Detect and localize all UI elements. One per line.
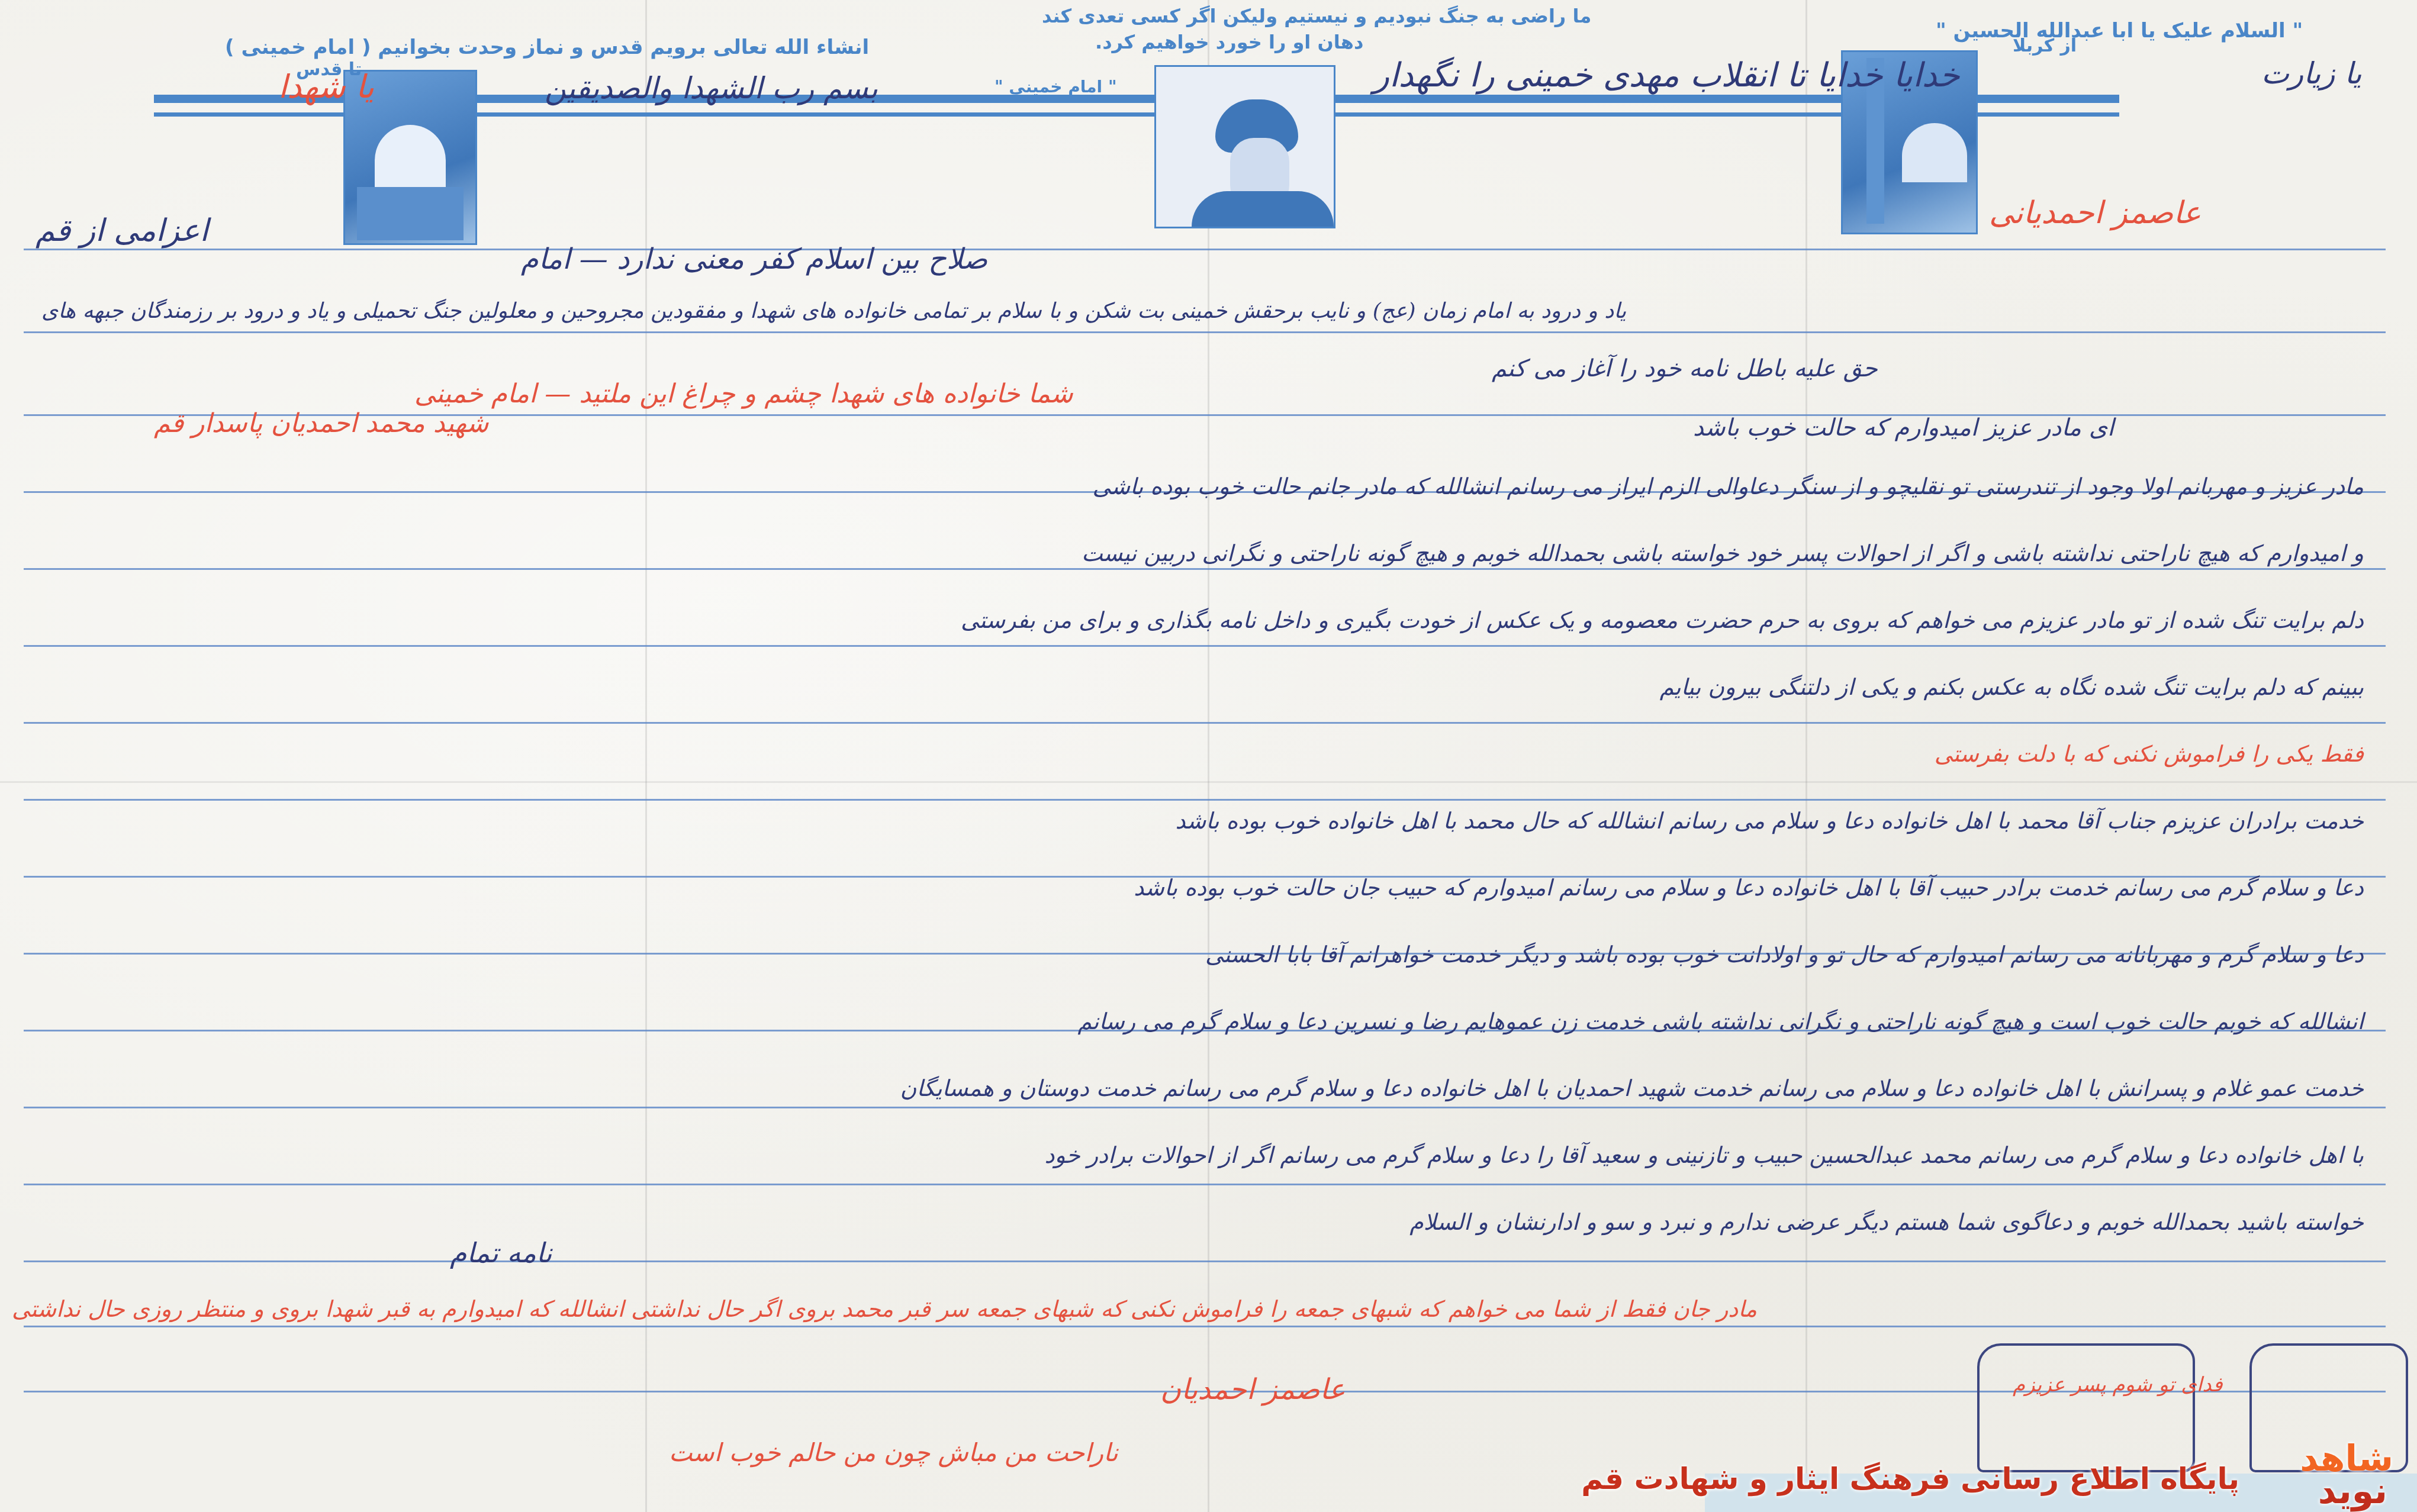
letterhead-quote-center-1: ما راضی به جنگ نبودیم و نیستیم ولیکن اگر… — [1042, 5, 1591, 27]
body-line: با اهل خانواده دعا و سلام گرم می رسانم م… — [1045, 1142, 2364, 1168]
letterhead-quote-left: انشاء الله تعالی برویم قدس و نماز وحدت ب… — [225, 36, 869, 59]
closing: نامه تمام — [450, 1237, 552, 1269]
body-line: فقط یکی را فراموش نکنی که با دلت بفرستی — [1935, 741, 2364, 767]
caption-imam: " امام خمینی " — [995, 77, 1117, 96]
dome-icon — [375, 125, 446, 190]
ruled-line — [24, 1107, 2386, 1108]
building-base — [357, 187, 464, 240]
body-line: خدمت عمو غلام و پسرانش با اهل خانواده دع… — [900, 1075, 2364, 1101]
body-line: دعا و سلام گرم و مهربانانه می رسانم امید… — [1205, 942, 2364, 968]
signature-box-text: فدای تو شوم پسر عزیزم — [2013, 1373, 2222, 1397]
caption-karbala: از کربلا — [2013, 36, 2077, 56]
logo-navid: نوید — [2318, 1471, 2387, 1512]
body-line: خواسته باشید بحمدالله خوبم و دعاگوی شما … — [1409, 1209, 2364, 1235]
ruled-line — [24, 249, 2386, 250]
header-ya-ziarat: یا زیارت — [2261, 56, 2362, 91]
postscript: مادر جان فقط از شما می خواهم که شبهای جم… — [12, 1296, 1757, 1322]
header-bismillah: بسم رب الشهدا والصدیقین — [545, 71, 878, 105]
sender-name: عاصمز احمدیانی — [1989, 195, 2201, 231]
imam-quote: شما خانواده های شهدا چشم و چراغ این ملتی… — [414, 379, 1073, 409]
ruled-line — [24, 331, 2386, 333]
watermark-caption: پایگاه اطلاع رسانی فرهنگ ایثار و شهادت ق… — [1581, 1462, 2239, 1496]
intro-line-3: حق علیه باطل نامه خود را آغاز می کنم — [1492, 355, 1878, 382]
robe-shape — [1192, 191, 1334, 227]
ruled-line — [24, 1184, 2386, 1185]
letterhead-quote-center-2: دهان او را خورد خواهیم کرد. — [1095, 31, 1363, 53]
header-ya-shohada: یا شهدا — [278, 68, 374, 105]
body-line: مادر عزیز و مهربانم اولا وجود از تندرستی… — [1093, 473, 2364, 499]
ruled-line — [24, 1326, 2386, 1327]
body-line: و امیدوارم که هیچ ناراحتی نداشته باشی و … — [1082, 540, 2364, 566]
ruled-line — [24, 722, 2386, 724]
intro-line-2: یاد و درود به امام زمان (عج) و نایب برحق… — [41, 299, 1626, 323]
ruled-line — [24, 799, 2386, 801]
ruled-line — [24, 645, 2386, 647]
body-line: دلم برایت تنگ شده از تو مادر عزیزم می خو… — [961, 607, 2364, 633]
dispatch-origin: اعزامی از قم — [36, 213, 208, 249]
final-note: ناراحت من مباش چون من حالم خوب است — [669, 1438, 1118, 1467]
ruled-line — [24, 568, 2386, 570]
ruled-line — [24, 1260, 2386, 1262]
dome-icon — [1902, 123, 1967, 182]
body-line: ببینم که دلم برایت تنگ شده نگاه به عکس ب… — [1660, 674, 2364, 700]
body-line: انشالله که خوبم حالت خوب است و هیچ گونه … — [1078, 1008, 2364, 1034]
body-line: دعا و سلام گرم می رسانم خدمت برادر حبیب … — [1134, 875, 2364, 901]
intro-line-1: صلاح بین اسلام کفر معنی ندارد — امام — [521, 243, 987, 276]
signature: عاصمز احمدیان — [1160, 1373, 1346, 1406]
portrait-image — [1154, 65, 1335, 228]
paper-fold-line — [1805, 0, 1807, 1512]
site-watermark: پایگاه اطلاع رسانی فرهنگ ایثار و شهادت ق… — [1705, 1438, 2417, 1512]
martyr-name: شهید محمد احمدیان پاسدار قم — [154, 408, 488, 439]
paper-fold-line — [0, 781, 2417, 783]
paper-fold-line — [645, 0, 647, 1512]
body-line: خدمت برادران عزیزم جناب آقا محمد با اهل … — [1176, 808, 2364, 834]
letterhead-quote-right: " السلام علیک یا ابا عبدالله الحسین " — [1936, 19, 2303, 43]
intro-line-4: ای مادر عزیز امیدوارم که حالت خوب باشد — [1693, 414, 2114, 441]
header-prayer: خدایا خدایا تا انقلاب مهدی خمینی را نگهد… — [1373, 56, 1960, 95]
